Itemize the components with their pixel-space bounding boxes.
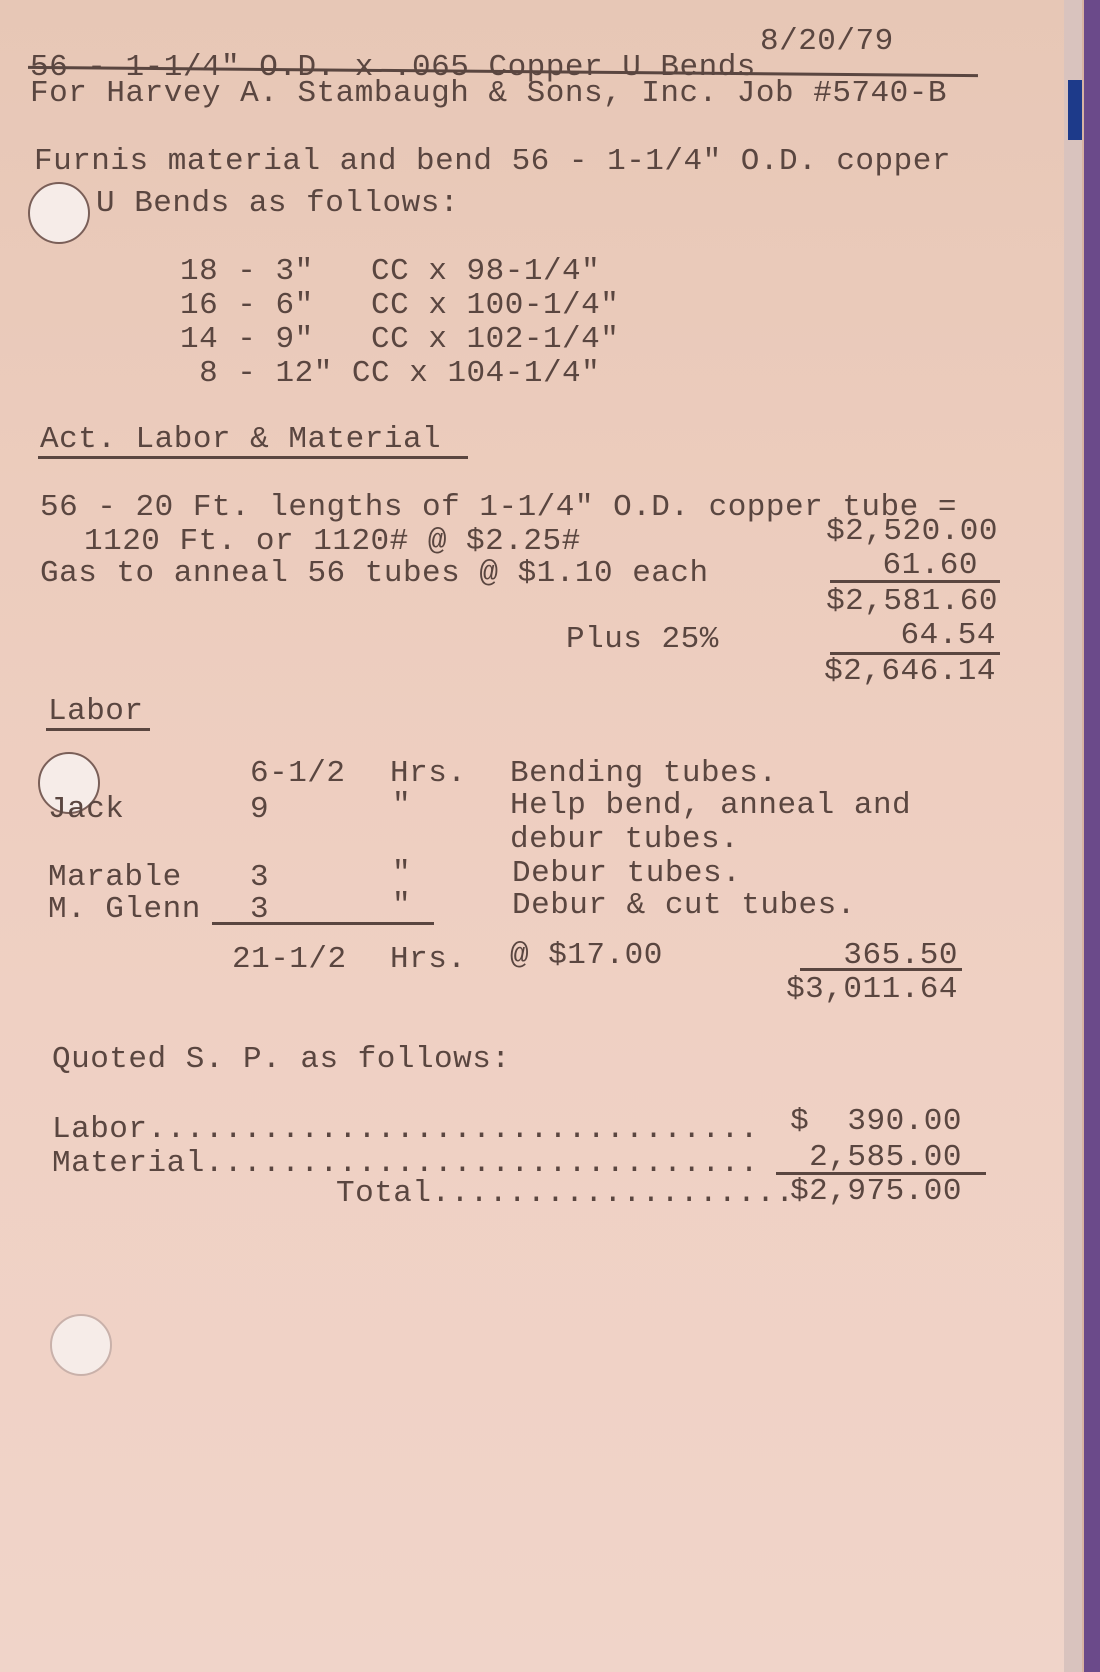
labor-heading: Labor (48, 696, 144, 727)
act-line-2: 1120 Ft. or 1120# @ $2.25# (84, 526, 581, 557)
quote-labor-amount: $ 390.00 (790, 1106, 962, 1137)
labor-unit: " (392, 858, 411, 889)
binder-tab (1068, 80, 1082, 140)
total-hours: 21-1/2 (232, 944, 347, 975)
labor-desc: Help bend, anneal and (510, 790, 911, 821)
bend-row: 18 - 3" CC x 98-1/4" (180, 256, 600, 287)
hours-sum-rule (212, 922, 434, 925)
labor-heading-underline (46, 728, 150, 731)
punch-hole-icon (28, 182, 90, 244)
sum-rule (830, 580, 1000, 583)
quote-labor-label: Labor................................ (52, 1114, 759, 1145)
labor-hours: 3 (250, 894, 269, 925)
labor-amount: 365.50 (843, 940, 958, 971)
labor-unit: Hrs. (390, 758, 466, 789)
quote-total-amount: $2,975.00 (790, 1176, 962, 1207)
punch-hole-icon (50, 1314, 112, 1376)
labor-desc: Debur & cut tubes. (512, 890, 856, 921)
quote-material-amount: 2,585.00 (809, 1142, 962, 1173)
labor-hours: 6-1/2 (250, 758, 346, 789)
bend-row: 16 - 6" CC x 100-1/4" (180, 290, 619, 321)
grand-total: $3,011.64 (786, 974, 958, 1005)
quote-heading: Quoted S. P. as follows: (52, 1044, 510, 1075)
act-heading: Act. Labor & Material (40, 424, 441, 455)
document-page: 56 - 1-1/4" O.D. x .065 Copper U Bends 8… (0, 0, 1084, 1672)
labor-desc: debur tubes. (510, 824, 739, 855)
labor-unit: " (392, 790, 411, 821)
amount-gas: 61.60 (882, 550, 978, 581)
act-total: $2,646.14 (824, 656, 996, 687)
labor-name: M. Glenn (48, 894, 201, 925)
amount-copper: $2,520.00 (826, 516, 998, 547)
page-edge (1064, 0, 1082, 1672)
act-line-3: Gas to anneal 56 tubes @ $1.10 each (40, 558, 709, 589)
labor-hours: 9 (250, 794, 269, 825)
act-heading-underline (38, 456, 468, 459)
intro-line-1: Furnis material and bend 56 - 1-1/4" O.D… (34, 146, 951, 177)
customer-line: For Harvey A. Stambaugh & Sons, Inc. Job… (30, 78, 947, 109)
total-hours-unit: Hrs. (390, 944, 466, 975)
quote-total-label: Total................... (336, 1178, 794, 1209)
plus-amount: 64.54 (900, 620, 996, 651)
act-line-1: 56 - 20 Ft. lengths of 1-1/4" O.D. coppe… (40, 492, 957, 523)
sum-rule (800, 968, 962, 971)
plus-label: Plus 25% (566, 624, 719, 655)
bend-row: 14 - 9" CC x 102-1/4" (180, 324, 619, 355)
labor-name: Jack (48, 794, 124, 825)
date: 8/20/79 (760, 26, 894, 57)
bend-row: 8 - 12" CC x 104-1/4" (180, 358, 600, 389)
quote-material-label: Material............................. (52, 1148, 759, 1179)
labor-rate: @ $17.00 (510, 940, 663, 971)
labor-desc: Debur tubes. (512, 858, 741, 889)
labor-hours: 3 (250, 862, 269, 893)
intro-line-2: U Bends as follows: (96, 188, 459, 219)
labor-desc: Bending tubes. (510, 758, 777, 789)
labor-name: Marable (48, 862, 182, 893)
subtotal: $2,581.60 (826, 586, 998, 617)
labor-unit: " (392, 890, 411, 921)
